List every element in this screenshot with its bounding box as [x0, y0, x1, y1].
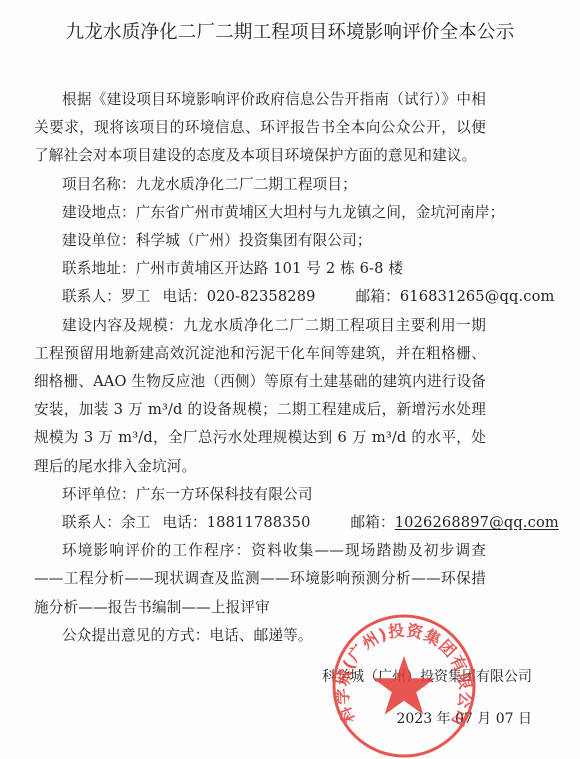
eia-contact-line: 联系人：余工电话：18811788350邮箱：1026268897@qq.com	[34, 509, 486, 537]
feedback-line: 公众提出意见的方式：电话、邮递等。	[34, 622, 486, 650]
builder-contact-phone-label: 电话：	[162, 288, 206, 305]
eia-contact-person: 余工	[121, 514, 151, 531]
eia-unit-label: 环评单位：	[62, 486, 136, 503]
eia-contact-email-link[interactable]: 1026268897@qq.com	[395, 514, 559, 531]
eia-contact-phone[interactable]: 18811788350	[207, 514, 311, 531]
eia-unit-value: 广东一方环保科技有限公司	[136, 486, 313, 503]
eia-contact-person-label: 联系人：	[62, 514, 121, 531]
builder-contact-phone[interactable]: 020-82358289	[207, 288, 316, 305]
builder-contact-person: 罗工	[121, 288, 151, 305]
address-line: 联系地址：广州市黄埔区开达路 101 号 2 栋 6-8 楼	[34, 255, 486, 283]
address-label: 联系地址：	[62, 260, 136, 277]
signature-date: 2023 年 07 月 07 日	[322, 698, 532, 740]
project-name-label: 项目名称：	[62, 176, 136, 193]
builder-contact-line: 联系人：罗工电话：020-82358289邮箱：616831265@qq.com	[34, 283, 486, 311]
document-body: 根据《建设项目环境影响评价政府信息公告开指南（试行）》中相关要求，现将该项目的环…	[34, 86, 486, 650]
eia-contact-phone-label: 电话：	[162, 514, 206, 531]
builder-line: 建设单位：科学城（广州）投资集团有限公司；	[34, 227, 486, 255]
document-title: 九龙水质净化二厂二期工程项目环境影响评价全本公示	[0, 18, 580, 44]
builder-label: 建设单位：	[62, 232, 136, 249]
signature-block: 科学城（广州）投资集团有限公司 2023 年 07 月 07 日	[322, 656, 532, 740]
builder-contact-email-label: 邮箱：	[356, 288, 400, 305]
location-value: 广东省广州市黄埔区大坦村与九龙镇之间，金坑河南岸；	[136, 204, 505, 221]
builder-value: 科学城（广州）投资集团有限公司；	[136, 232, 372, 249]
builder-contact-email[interactable]: 616831265@qq.com	[400, 288, 555, 305]
address-value: 广州市黄埔区开达路 101 号 2 栋 6-8 楼	[136, 260, 403, 277]
signature-company: 科学城（广州）投资集团有限公司	[322, 656, 532, 698]
procedure-paragraph: 环境影响评价的工作程序：资料收集——现场踏勘及初步调查——工程分析——现状调查及…	[34, 537, 486, 622]
location-label: 建设地点：	[62, 204, 136, 221]
intro-paragraph: 根据《建设项目环境影响评价政府信息公告开指南（试行）》中相关要求，现将该项目的环…	[34, 86, 486, 171]
eia-contact-email-label: 邮箱：	[351, 514, 395, 531]
scope-paragraph: 建设内容及规模：九龙水质净化二厂二期工程项目主要利用一期工程预留用地新建高效沉淀…	[34, 312, 486, 481]
project-name-line: 项目名称：九龙水质净化二厂二期工程项目；	[34, 171, 486, 199]
eia-unit-line: 环评单位：广东一方环保科技有限公司	[34, 481, 486, 509]
builder-contact-person-label: 联系人：	[62, 288, 121, 305]
location-line: 建设地点：广东省广州市黄埔区大坦村与九龙镇之间，金坑河南岸；	[34, 199, 486, 227]
project-name-value: 九龙水质净化二厂二期工程项目；	[136, 176, 357, 193]
document-page: 九龙水质净化二厂二期工程项目环境影响评价全本公示 根据《建设项目环境影响评价政府…	[0, 0, 580, 759]
